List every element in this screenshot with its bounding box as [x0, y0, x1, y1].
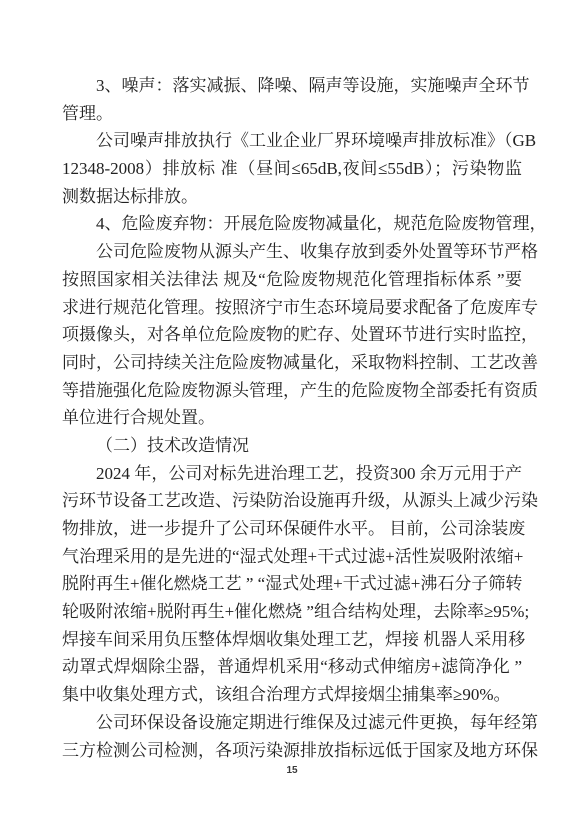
text-line: 2024 年，公司对标先进治理工艺，投资300 余万元用于产 [62, 460, 522, 488]
text-line: 动罩式焊烟除尘器，普通焊机采用“移动式伸缩房+滤筒净化 ” [62, 653, 522, 681]
text-line: 4、危险废弃物：开展危险废物减量化，规范危险废物管理， [62, 210, 522, 238]
text-line: 脱附再生+催化燃烧工艺 ” “湿式处理+干式过滤+沸石分子筛转 [62, 570, 522, 598]
text-line: 三方检测公司检测，各项污染源排放指标远低于国家及地方环保 [62, 737, 522, 765]
text-line: 管理。 [62, 100, 522, 128]
text-line: 公司危险废物从源头产生、收集存放到委外处置等环节严格 [62, 238, 522, 266]
page-number: 15 [0, 765, 584, 776]
text-line: 12348-2008）排放标 准（昼间≤65dB,夜间≤55dB）；污染物监 [62, 155, 522, 183]
text-line: 单位进行合规处置。 [62, 404, 522, 432]
text-line: 按照国家相关法律法 规及“危险废物规范化管理指标体系 ”要 [62, 266, 522, 294]
text-line: 测数据达标排放。 [62, 183, 522, 211]
text-line: 求进行规范化管理。按照济宁市生态环境局要求配备了危废库专 [62, 294, 522, 322]
text-block: 3、噪声：落实减振、降噪、隔声等设施，实施噪声全环节 管理。 公司噪声排放执行《… [62, 72, 522, 764]
text-line: 物排放，进一步提升了公司环保硬件水平。 目前，公司涂装废 [62, 515, 522, 543]
text-line: 集中收集处理方式，该组合治理方式焊接烟尘捕集率≥90%。 [62, 681, 522, 709]
text-line: 公司噪声排放执行《工业企业厂界环境噪声排放标准》（GB [62, 127, 522, 155]
text-line: 项摄像头，对各单位危险废物的贮存、处置环节进行实时监控， [62, 321, 522, 349]
text-line: 气治理采用的是先进的“湿式处理+干式过滤+活性炭吸附浓缩+ [62, 543, 522, 571]
text-line: 3、噪声：落实减振、降噪、隔声等设施，实施噪声全环节 [62, 72, 522, 100]
text-line: 焊接车间采用负压整体焊烟收集处理工艺，焊接 机器人采用移 [62, 626, 522, 654]
text-line: 同时，公司持续关注危险废物减量化，采取物料控制、工艺改善 [62, 349, 522, 377]
text-line: 等措施强化危险废物源头管理，产生的危险废物全部委托有资质 [62, 377, 522, 405]
document-page: 3、噪声：落实减振、降噪、隔声等设施，实施噪声全环节 管理。 公司噪声排放执行《… [0, 0, 584, 829]
section-heading: （二）技术改造情况 [62, 432, 522, 460]
text-line: 轮吸附浓缩+脱附再生+催化燃烧 ”组合结构处理，去除率≥95%; [62, 598, 522, 626]
text-line: 污环节设备工艺改造、污染防治设施再升级，从源头上减少污染 [62, 487, 522, 515]
text-line: 公司环保设备设施定期进行维保及过滤元件更换，每年经第 [62, 709, 522, 737]
